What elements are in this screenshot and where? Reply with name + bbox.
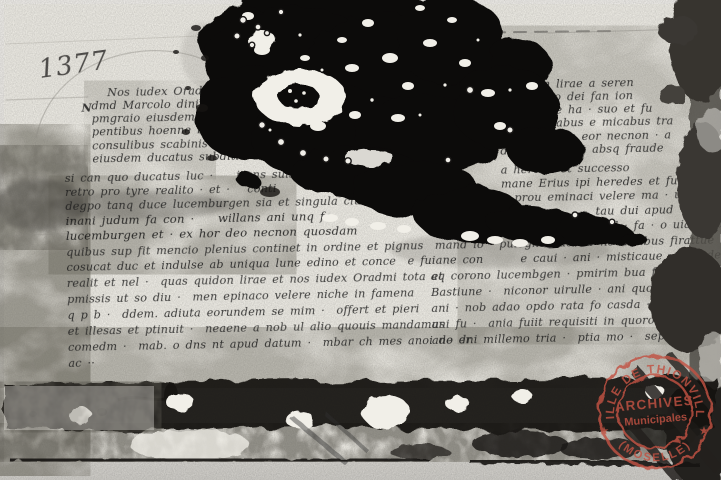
manuscript-photo-canvas: 1377 N Nos iudex Oradmi ms ledm lirae a …	[0, 0, 721, 480]
stamp-star-left: ★	[600, 426, 609, 437]
archival-photograph: 1377 N Nos iudex Oradmi ms ledm lirae a …	[0, 0, 721, 480]
manuscript-line: ac ··	[68, 356, 95, 370]
stamp-star-right: ★	[700, 426, 709, 437]
